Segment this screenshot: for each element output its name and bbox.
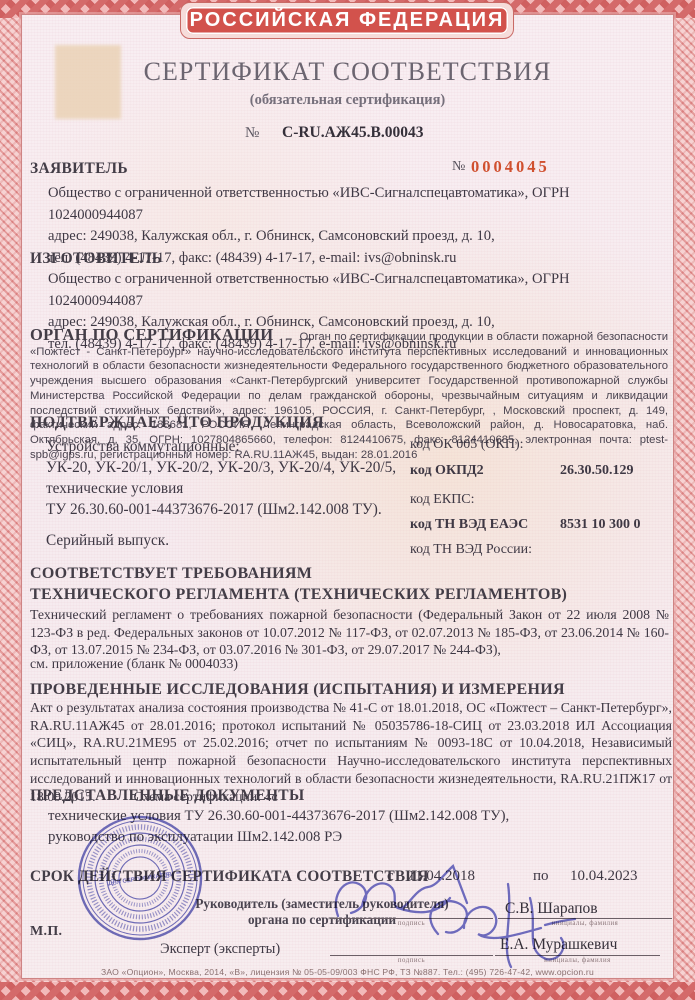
stamp-center-text: ДЛЯ СЕРТИФИКАТОВ	[108, 872, 173, 887]
compliance-appendix: см. приложение (бланк № 0004033)	[30, 656, 238, 672]
validity-to-label: по	[533, 868, 549, 885]
page-title: СЕРТИФИКАТ СООТВЕТСТВИЯ	[0, 57, 695, 87]
research-heading: ПРОВЕДЕННЫЕ ИССЛЕДОВАНИЯ (ИСПЫТАНИЯ) И И…	[30, 681, 565, 699]
code-row-tnved-eaes: код ТН ВЭД ЕАЭС 8531 10 300 0	[410, 517, 678, 533]
cert-number-label: №	[245, 125, 259, 142]
code-label: код ТН ВЭД ЕАЭС	[410, 517, 528, 532]
round-stamp: ДЛЯ СЕРТИФИКАТОВ	[65, 803, 214, 952]
manufacturer-line: Общество с ограниченной ответственностью…	[48, 269, 668, 312]
expert-signature-line	[330, 955, 493, 956]
code-row-ekps: код ЕКПС:	[410, 492, 678, 508]
validity-from-date: 11.04.2018	[408, 868, 475, 885]
head-name: С.В. Шарапов	[505, 900, 598, 918]
code-label: код ОК 005 (ОКП):	[410, 437, 524, 452]
compliance-heading-2: ТЕХНИЧЕСКОГО РЕГЛАМЕНТА (ТЕХНИЧЕСКИХ РЕГ…	[30, 586, 567, 604]
cert-number-value: C-RU.АЖ45.В.00043	[282, 124, 423, 142]
code-row-okpd2: код ОКПД2 26.30.50.129	[410, 463, 678, 479]
applicant-heading: ЗАЯВИТЕЛЬ	[30, 160, 128, 178]
code-row-tnved-russia: код ТН ВЭД России:	[410, 542, 678, 558]
head-name-line	[498, 918, 672, 919]
head-role-line1: Руководитель (заместитель руководителя)	[182, 896, 462, 912]
border-zigzag-bottom	[0, 982, 695, 1000]
product-description: Устройства коммутационные: УК-20, УК-20/…	[46, 436, 406, 551]
printer-footer: ЗАО «Опцион», Москва, 2014, «В», лицензи…	[0, 967, 695, 977]
blank-number-value: 0004045	[471, 157, 550, 177]
product-line: технические условия	[46, 478, 406, 499]
code-row-okp: код ОК 005 (ОКП):	[410, 437, 678, 453]
blank-number-label: №	[452, 159, 465, 175]
name-caption: инициалы, фамилия	[498, 920, 672, 927]
signature-caption: подпись	[330, 957, 493, 964]
code-label: код ЕКПС:	[410, 492, 475, 507]
validity-to-date: 10.04.2023	[570, 868, 638, 885]
expert-role: Эксперт (эксперты)	[160, 941, 280, 958]
expert-name-line	[495, 955, 660, 956]
product-heading: ПОДТВЕРЖДАЕТ, ЧТО ПРОДУКЦИЯ	[30, 414, 324, 432]
manufacturer-heading: ИЗГОТОВИТЕЛЬ	[30, 250, 162, 268]
product-line: ТУ 26.30.60-001-44373676-2017 (Шм2.142.0…	[46, 499, 406, 520]
page-subtitle: (обязательная сертификация)	[0, 92, 695, 109]
certification-body-heading: ОРГАН ПО СЕРТИФИКАЦИИ	[30, 325, 299, 344]
code-label: код ОКПД2	[410, 463, 484, 478]
documents-heading: ПРЕДСТАВЛЕННЫЕ ДОКУМЕНТЫ	[30, 787, 304, 805]
product-line: УК-20, УК-20/1, УК-20/2, УК-20/3, УК-20/…	[46, 457, 406, 478]
code-value: 26.30.50.129	[560, 463, 634, 479]
expert-name: Е.А. Мурашкевич	[500, 936, 617, 954]
applicant-line: Общество с ограниченной ответственностью…	[48, 183, 668, 226]
code-value: 8531 10 300 0	[560, 517, 641, 533]
code-label: код ТН ВЭД России:	[410, 542, 532, 557]
head-signature-line	[330, 918, 493, 919]
product-line: Устройства коммутационные:	[46, 436, 406, 457]
stamp-place-label: М.П.	[30, 924, 62, 940]
certificate-page: РОССИЙСКАЯ ФЕДЕРАЦИЯ СЕРТИФИКАТ СООТВЕТС…	[0, 0, 695, 1000]
compliance-heading-1: СООТВЕТСТВУЕТ ТРЕБОВАНИЯМ	[30, 565, 312, 583]
applicant-line: адрес: 249038, Калужская обл., г. Обнинс…	[48, 226, 668, 248]
validity-from-label: с	[387, 868, 394, 885]
product-serial: Серийный выпуск.	[46, 530, 406, 551]
country-banner-frame: РОССИЙСКАЯ ФЕДЕРАЦИЯ	[180, 2, 514, 39]
signature-caption: подпись	[330, 920, 493, 927]
country-banner-text: РОССИЙСКАЯ ФЕДЕРАЦИЯ	[186, 7, 508, 34]
country-banner: РОССИЙСКАЯ ФЕДЕРАЦИЯ	[180, 2, 514, 39]
compliance-paragraph: Технический регламент о требованиях пожа…	[30, 606, 669, 659]
compliance-text: Технический регламент о требованиях пожа…	[30, 607, 669, 657]
name-caption: инициалы, фамилия	[495, 957, 660, 964]
